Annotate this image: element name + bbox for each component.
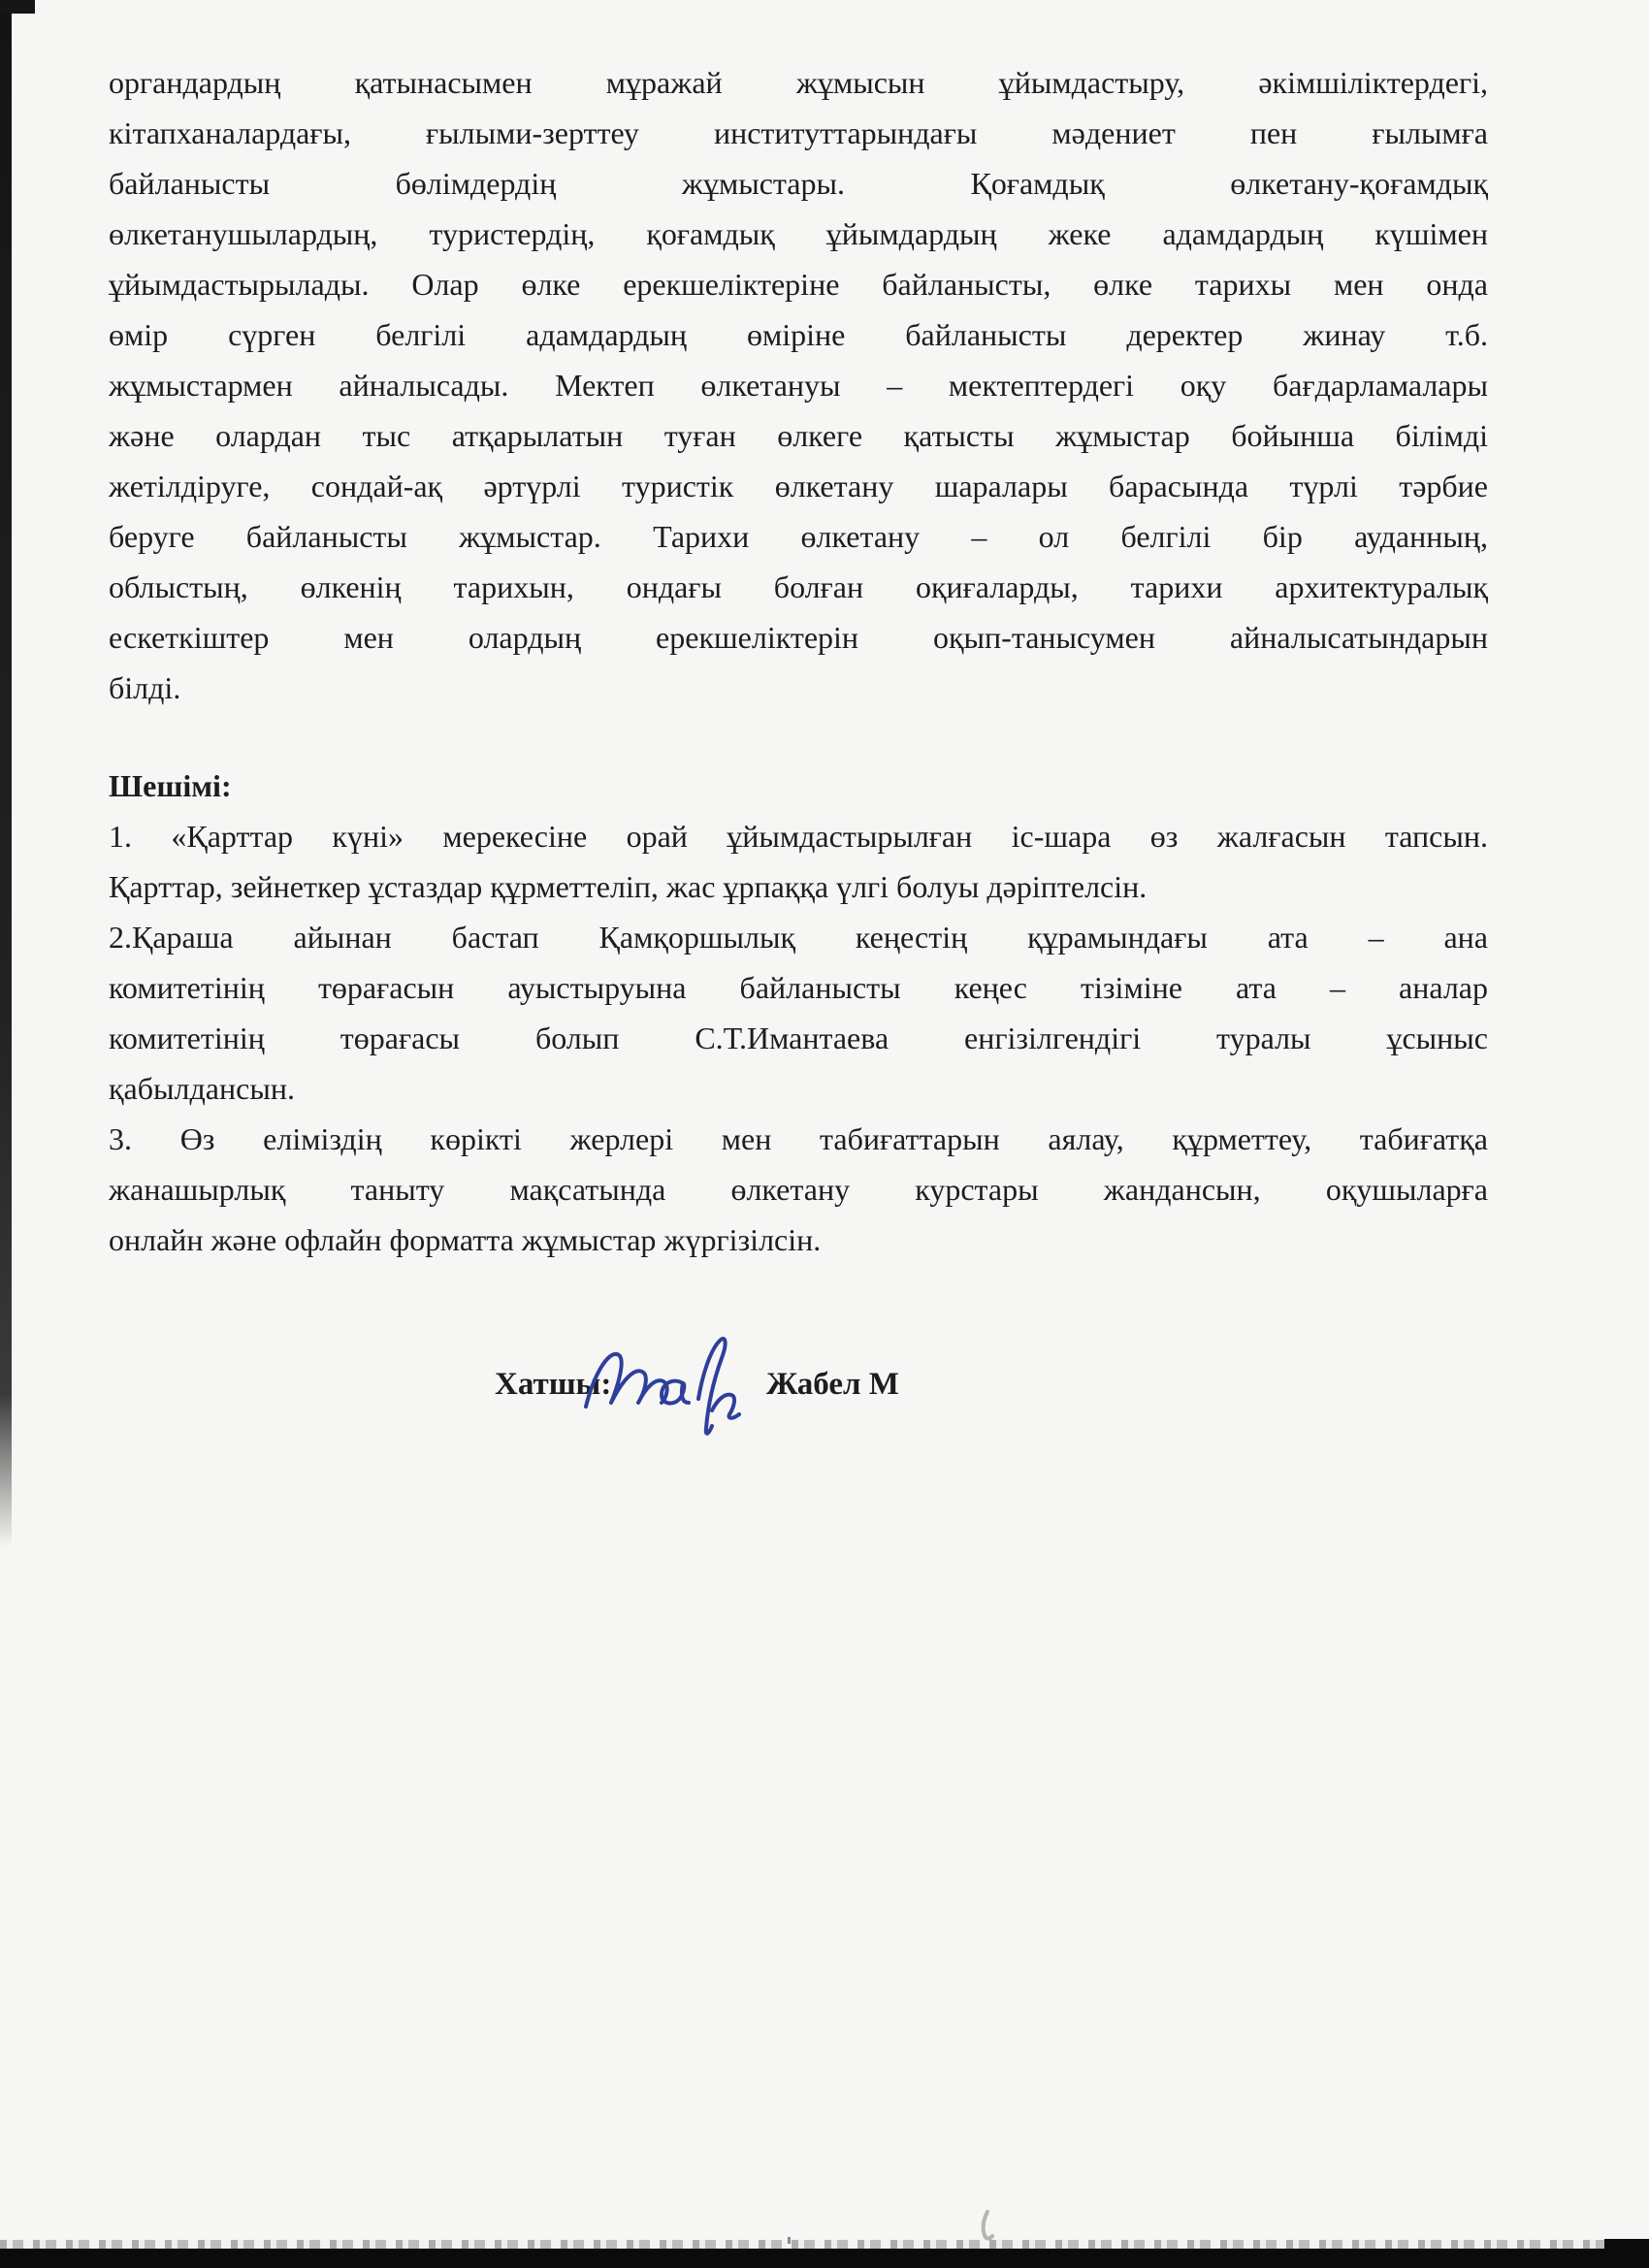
scan-artifact-bottom-speckle <box>0 2240 1649 2249</box>
decision-item-line: 3. Өз еліміздің көрікті жерлері мен таби… <box>109 1114 1488 1164</box>
decision-item-line: Қарттар, зейнеткер ұстаздар құрметтеліп,… <box>109 861 1488 912</box>
body-line: және олардан тыс атқарылатын туған өлкег… <box>109 410 1488 461</box>
decision-section: Шешімі: 1. «Қарттар күні» мерекесіне ора… <box>109 761 1488 1265</box>
body-line: байланысты бөлімдердің жұмыстары. Қоғамд… <box>109 158 1488 209</box>
decision-item-3: 3. Өз еліміздің көрікті жерлері мен таби… <box>109 1114 1488 1265</box>
secretary-signature <box>578 1327 762 1445</box>
decision-item-2: 2.Қараша айынан бастап Қамқоршылық кеңес… <box>109 912 1488 1114</box>
body-line: білді. <box>109 663 1488 713</box>
decision-item-line: 2.Қараша айынан бастап Қамқоршылық кеңес… <box>109 912 1488 962</box>
body-paragraph: органдардың қатынасымен мұражай жұмысын … <box>109 57 1488 713</box>
scan-artifact-top-left-corner <box>0 0 35 14</box>
scan-artifact-smudge <box>974 2210 997 2243</box>
body-line: жетілдіруге, сондай-ақ әртүрлі туристік … <box>109 461 1488 511</box>
secretary-name: Жабел М <box>766 1362 899 1407</box>
scan-artifact-bottom-bar <box>0 2249 1649 2268</box>
decision-item-line: 1. «Қарттар күні» мерекесіне орай ұйымда… <box>109 811 1488 861</box>
decision-item-line: онлайн және офлайн форматта жұмыстар жүр… <box>109 1215 1488 1265</box>
body-line: өлкетанушылардың, туристердің, қоғамдық … <box>109 209 1488 259</box>
decision-item-1: 1. «Қарттар күні» мерекесіне орай ұйымда… <box>109 811 1488 912</box>
decision-item-line: қабылдансын. <box>109 1063 1488 1114</box>
scanned-document-page: органдардың қатынасымен мұражай жұмысын … <box>0 0 1649 2268</box>
body-line: өмір сүрген белгілі адамдардың өміріне б… <box>109 309 1488 360</box>
scan-artifact-dot <box>788 2237 791 2244</box>
scan-artifact-left-edge <box>0 0 12 1548</box>
decision-item-line: комитетінің төрағасын ауыстыруына байлан… <box>109 962 1488 1013</box>
decision-heading: Шешімі: <box>109 761 1488 811</box>
body-line: органдардың қатынасымен мұражай жұмысын … <box>109 57 1488 108</box>
decision-item-line: жанашырлық таныту мақсатында өлкетану ку… <box>109 1164 1488 1215</box>
body-line: облыстың, өлкенің тарихын, ондағы болған… <box>109 562 1488 612</box>
scan-artifact-bottom-right-corner <box>1604 2239 1649 2268</box>
body-line: беруге байланысты жұмыстар. Тарихи өлкет… <box>109 511 1488 562</box>
body-line: ескеткіштер мен олардың ерекшеліктерін о… <box>109 612 1488 663</box>
body-line: кітапханалардағы, ғылыми-зерттеу институ… <box>109 108 1488 158</box>
body-line: жұмыстармен айналысады. Мектеп өлкетануы… <box>109 360 1488 410</box>
decision-item-line: комитетінің төрағасы болып С.Т.Имантаева… <box>109 1013 1488 1063</box>
body-line: ұйымдастырылады. Олар өлке ерекшеліктері… <box>109 259 1488 309</box>
